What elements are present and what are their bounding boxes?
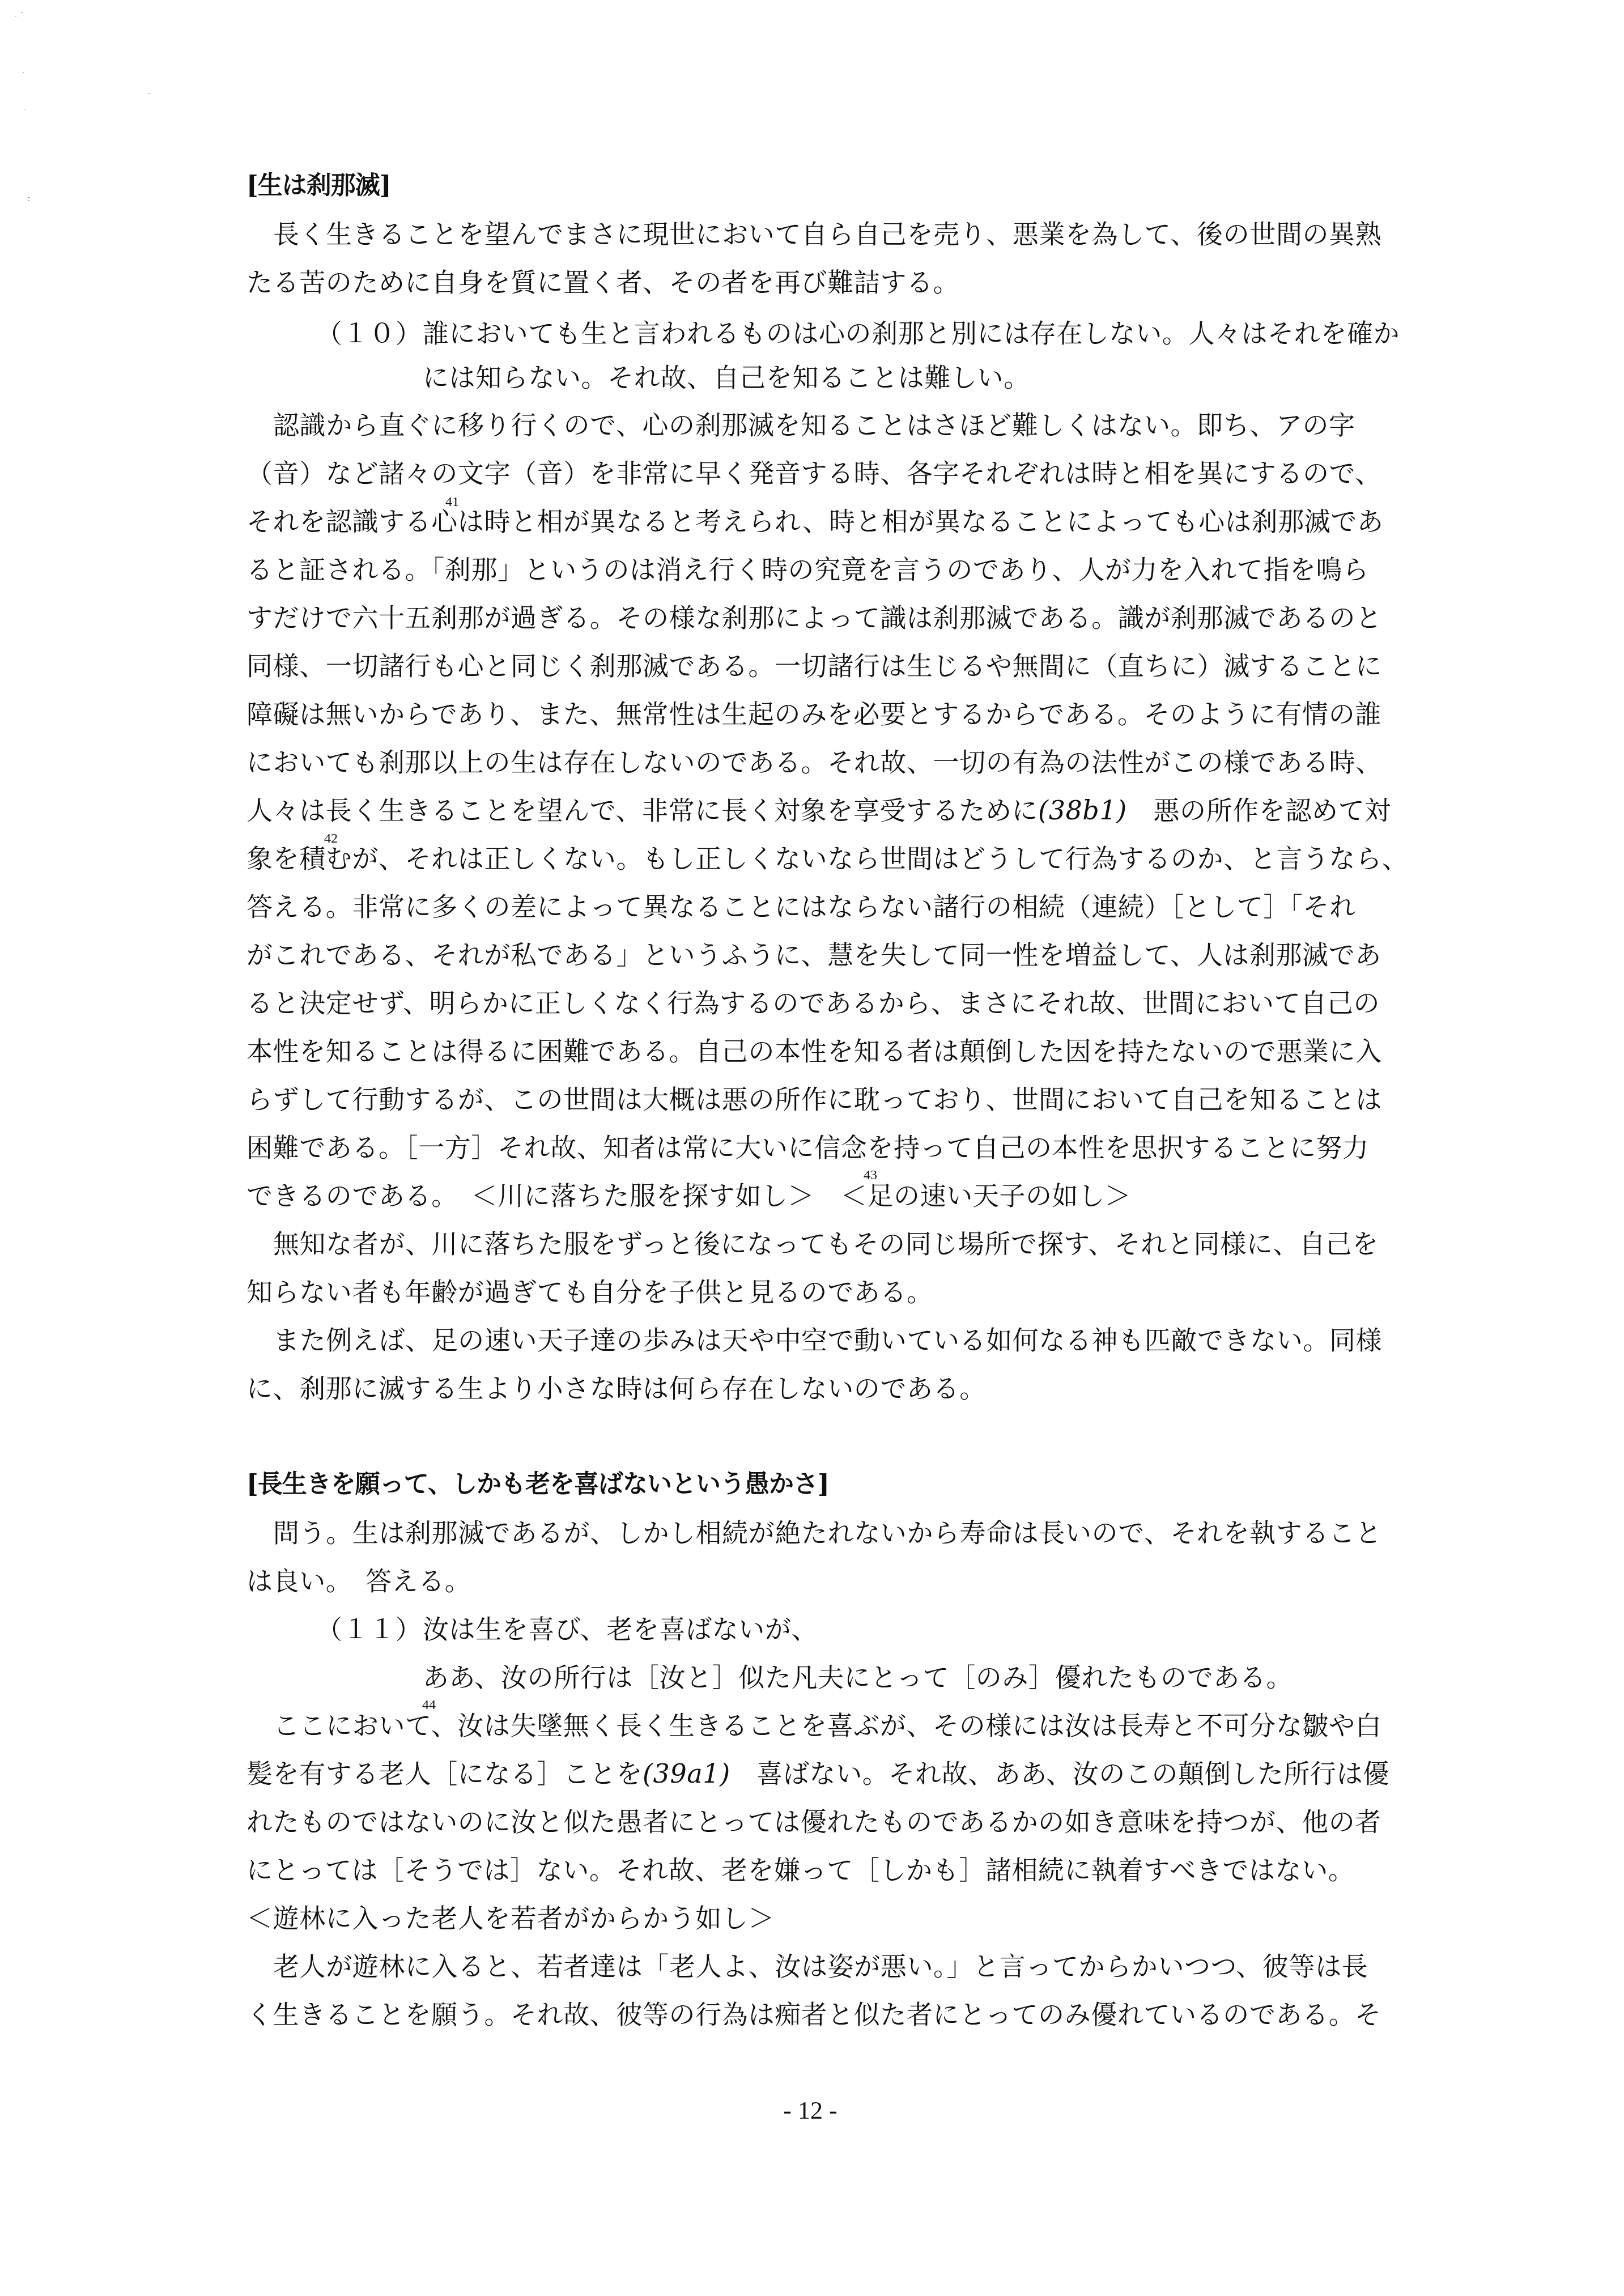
scan-speck	[23, 73, 24, 73]
paragraph-line: 本性を知ることは得るに困難である。自己の本性を知る者は顛倒した因を持たないので悪…	[246, 1035, 1425, 1069]
footnote-marker: 41	[445, 495, 459, 509]
verse-number: （１０）	[316, 317, 424, 351]
section-heading: [生は刹那滅]	[246, 170, 1425, 204]
paragraph-line: においても刹那以上の生は存在しないのである。それ故、一切の有為の法性がこの様であ…	[246, 746, 1425, 780]
verse-line: 誰においても生と言われるものは心の刹那と別には存在しない。人々はそれを確か	[423, 317, 1443, 351]
scan-speck	[21, 12, 23, 13]
paragraph-line: 象を積むが、それは正しくない。もし正しくないなら世間はどうして行為するのか、と言…	[246, 843, 1425, 877]
document-page: [生は刹那滅] 長く生きることを望んでまさに現世において自ら自己を売り、悪業を為…	[0, 0, 1624, 2296]
paragraph-line: にとっては［そうでは］ない。それ故、老を嫌って［しかも］諸相続に執着すべきではな…	[246, 1854, 1425, 1888]
paragraph-line: らずして行動するが、この世間は大概は悪の所作に耽っており、世間において自己を知る…	[246, 1083, 1425, 1117]
page-number: - 12 -	[754, 2097, 867, 2125]
section-heading: [長生きを願って、しかも老を喜ばないという愚かさ]	[246, 1469, 1425, 1503]
paragraph-line: れたものではないのに汝と似た愚者にとっては優れたものであるかの如き意味を持つが、…	[246, 1806, 1425, 1840]
paragraph-line: 障礙は無いからであり、また、無常性は生起のみを必要とするからである。そのように有…	[246, 698, 1425, 732]
verse-number: （１１）	[316, 1613, 424, 1647]
folio-reference: (38b1)	[1038, 795, 1127, 826]
footnote-marker: 44	[422, 1698, 436, 1712]
paragraph-line: 長く生きることを望んでまさに現世において自ら自己を売り、悪業を為して、後の世間の…	[273, 218, 1452, 252]
paragraph-line: ると証される。「刹那」というのは消え行く時の究竟を言うのであり、人が力を入れて指…	[246, 554, 1425, 588]
paragraph-line: は良い。 答える。	[246, 1565, 1425, 1599]
paragraph-line: 問う。生は刹那滅であるが、しかし相続が絶たれないから寿命は長いので、それを執する…	[273, 1517, 1452, 1551]
paragraph-line: すだけで六十五刹那が過ぎる。その様な刹那によって識は刹那滅である。識が刹那滅であ…	[246, 602, 1425, 636]
verse-line: ああ、汝の所行は［汝と］似た凡夫にとって［のみ］優れたものである。	[423, 1661, 1443, 1695]
paragraph-line: 同様、一切諸行も心と同じく刹那滅である。一切諸行は生じるや無間に（直ちに）滅する…	[246, 650, 1425, 684]
paragraph-line: ここにおいて、汝は失墜無く長く生きることを喜ぶが、その様には汝は長寿と不可分な皺…	[273, 1710, 1452, 1744]
line-text: 人々は長く生きることを望んで、非常に長く対象を享受するために	[246, 795, 1038, 826]
paragraph-line: 人々は長く生きることを望んで、非常に長く対象を享受するために(38b1) 悪の所…	[246, 794, 1425, 828]
paragraph-line: 髪を有する老人［になる］ことを(39a1) 喜ばない。それ故、ああ、汝のこの顛倒…	[246, 1758, 1425, 1792]
scan-speck	[15, 16, 16, 16]
scan-speck	[28, 200, 29, 201]
scan-speck	[28, 197, 29, 198]
paragraph-line: ると決定せず、明らかに正しくなく行為するのであるから、まさにそれ故、世間において…	[246, 987, 1425, 1021]
paragraph-line: 認識から直ぐに移り行くので、心の刹那滅を知ることはさほど難しくはない。即ち、アの…	[273, 409, 1452, 443]
paragraph-line: たる苦のために自身を質に置く者、その者を再び難詰する。	[246, 266, 1425, 300]
paragraph-line: （音）など諸々の文字（音）を非常に早く発音する時、各字それぞれは時と相を異にする…	[246, 457, 1425, 491]
line-text: 悪の所作を認めて対	[1153, 795, 1391, 826]
paragraph-line: がこれである、それが私である」というふうに、慧を失して同一性を増益して、人は刹那…	[246, 939, 1425, 973]
line-text: 髪を有する老人［になる］ことを	[246, 1758, 643, 1789]
paragraph-line: また例えば、足の速い天子達の歩みは天や中空で動いている如何なる神も匹敵できない。…	[273, 1324, 1452, 1358]
footnote-marker: 42	[324, 832, 338, 845]
paragraph-line: ＜遊林に入った老人を若者がからかう如し＞	[246, 1902, 1425, 1936]
verse-line: には知らない。それ故、自己を知ることは難しい。	[423, 362, 1443, 396]
paragraph-line: 困難である。［一方］それ故、知者は常に大いに信念を持って自己の本性を思択すること…	[246, 1132, 1425, 1166]
verse-line: 汝は生を喜び、老を喜ばないが、	[423, 1613, 1443, 1647]
paragraph-line: それを認識する心は時と相が異なると考えられ、時と相が異なることによっても心は刹那…	[246, 505, 1425, 539]
scan-speck	[148, 93, 150, 93]
paragraph-line: に、刹那に滅する生より小さな時は何ら存在しないのである。	[246, 1372, 1425, 1406]
line-text: 喜ばない。それ故、ああ、汝のこの顛倒した所行は優	[756, 1758, 1389, 1789]
paragraph-line: く生きることを願う。それ故、彼等の行為は痴者と似た者にとってのみ優れているのであ…	[246, 1999, 1425, 2033]
paragraph-line: できるのである。 ＜川に落ちた服を探す如し＞ ＜足の速い天子の如し＞	[246, 1180, 1425, 1214]
scan-speck	[24, 109, 26, 109]
paragraph-line: 無知な者が、川に落ちた服をずっと後になってもその同じ場所で探す、それと同様に、自…	[273, 1228, 1452, 1262]
paragraph-line: 知らない者も年齢が過ぎても自分を子供と見るのである。	[246, 1276, 1425, 1310]
folio-reference: (39a1)	[643, 1758, 730, 1789]
paragraph-line: 答える。非常に多くの差によって異なることにはならない諸行の相続（連続）［として］…	[246, 891, 1425, 925]
footnote-marker: 43	[864, 1168, 877, 1182]
paragraph-line: 老人が遊林に入ると、若者達は「老人よ、汝は姿が悪い。」と言ってからかいつつ、彼等…	[273, 1950, 1452, 1984]
